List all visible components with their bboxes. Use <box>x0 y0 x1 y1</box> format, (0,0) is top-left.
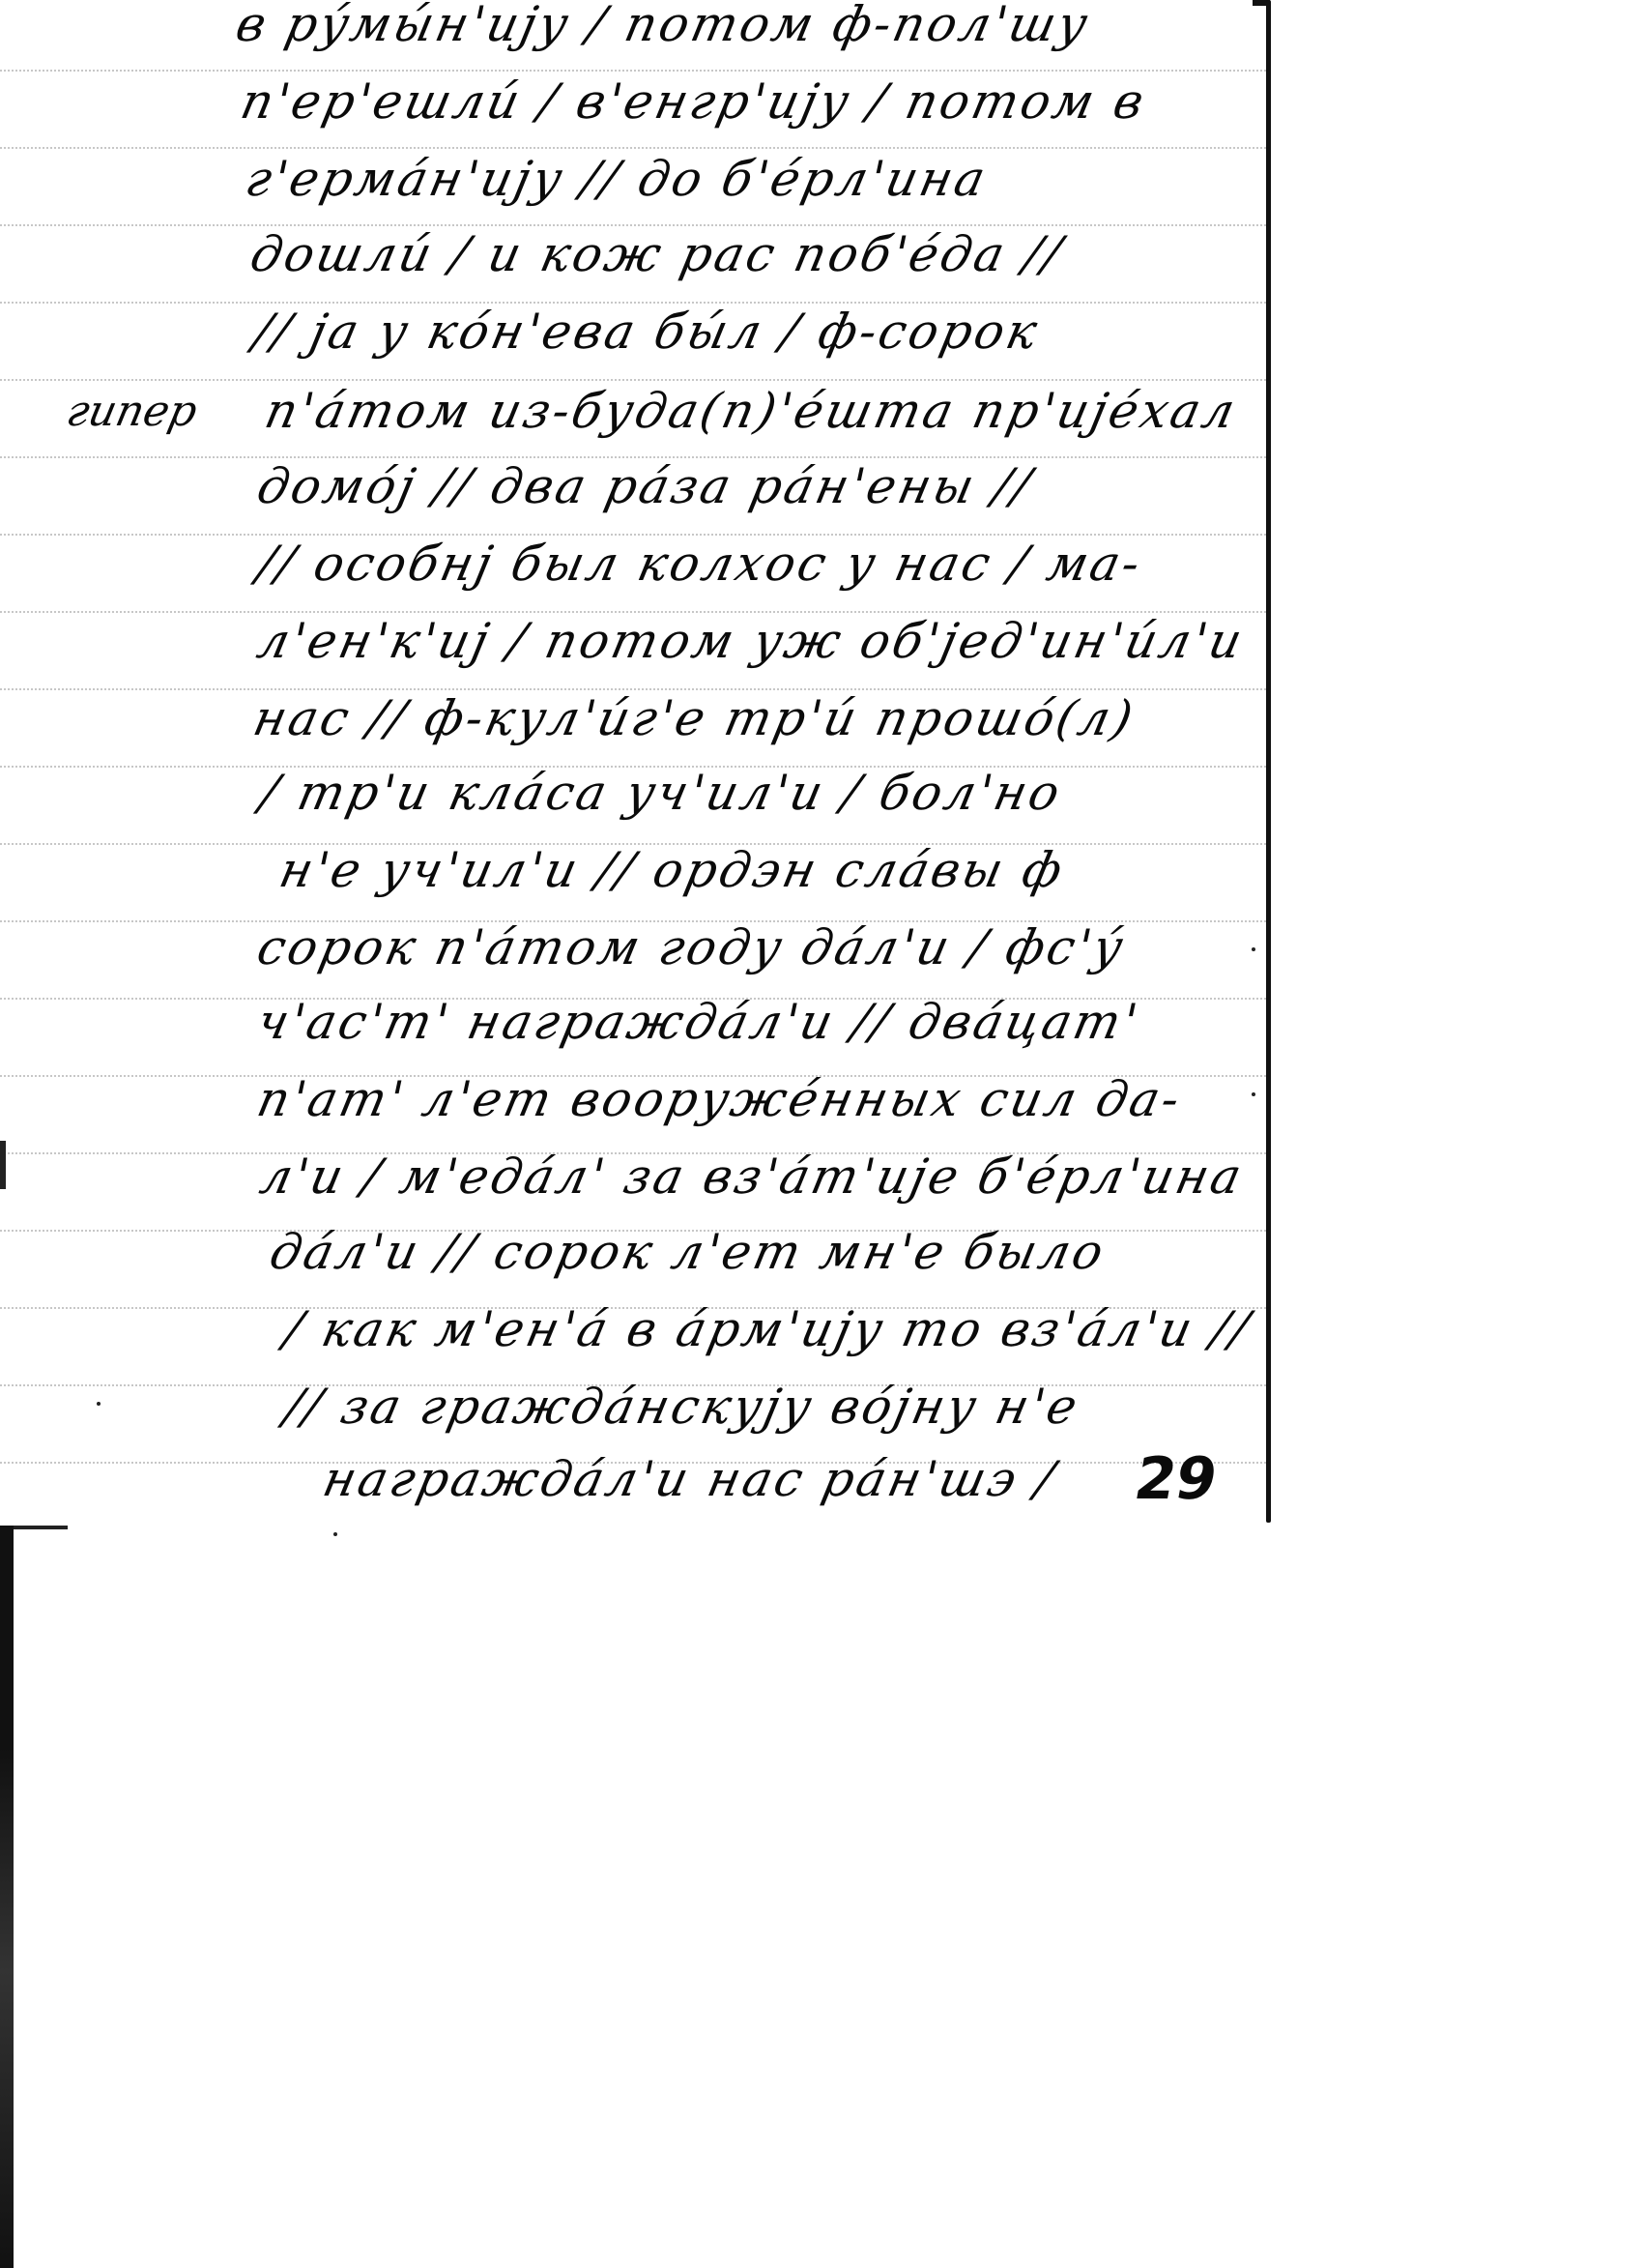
ruling-line <box>0 379 1266 381</box>
handwritten-line: нас // ф-кул'и́г'е тр'и́ прошо́(л) <box>249 694 1139 742</box>
ruling-line <box>0 70 1266 72</box>
handwritten-line: н'е уч'ил'и // ордэн сла́вы ф <box>275 846 1069 894</box>
handwritten-line: ч'ас'т' награжда́л'и // два́цат' <box>253 998 1144 1046</box>
handwritten-line: / тр'и кла́са уч'ил'и / бол'но <box>256 769 1067 817</box>
handwritten-line: дошли́ / и кож рас поб'е́да // <box>246 230 1068 278</box>
margin-note: гипер <box>63 387 202 436</box>
handwritten-line: // jа у ко́н'ева бы́л / ф-сорок <box>249 307 1044 356</box>
scanned-notebook-page: гипер в ру́мы́н'иjу / потом ф-пол'шу п'е… <box>0 0 1643 2268</box>
handwritten-line: г'ерма́н'иjу // до б'е́рл'ина <box>242 155 992 203</box>
handwritten-line: / как м'ен'а́ в а́рм'иjу то вз'а́л'и // <box>280 1305 1255 1353</box>
handwritten-line: п'ат' л'ет вооруже́нных сил да- <box>253 1075 1187 1123</box>
page-number: 29 <box>1130 1445 1223 1513</box>
handwritten-line: п'ер'ешли́ / в'енгр'иjу / потом в <box>237 77 1151 126</box>
scan-speck <box>1252 947 1255 951</box>
ruling-line <box>0 147 1266 149</box>
scan-speck <box>333 1532 337 1536</box>
scan-artifact <box>0 1526 14 2268</box>
handwritten-line: // за гражда́нскуjу во́jну н'е <box>280 1382 1084 1431</box>
handwritten-line: л'и / м'еда́л' за вз'а́т'иjе б'е́рл'ина <box>256 1152 1248 1201</box>
handwritten-line: в ру́мы́н'иjу / потом ф-пол'шу <box>232 0 1094 48</box>
handwritten-line: л'ен'к'иj / потом уж об'jед'ин'и́л'и <box>253 617 1249 665</box>
scan-artifact <box>0 1141 6 1189</box>
scan-speck <box>97 1402 101 1406</box>
scan-speck <box>1252 1092 1255 1096</box>
handwritten-line: домо́j // два ра́за ра́н'ены // <box>253 462 1038 510</box>
handwritten-line: п'а́том из-буда(п)'е́шта пр'иjе́хал <box>261 387 1242 435</box>
handwritten-line: сорок п'а́том году да́л'и / фс'у́ <box>253 923 1130 972</box>
handwritten-line: // особнj был колхос у нас / ма- <box>253 539 1147 588</box>
handwritten-line: награжда́л'и нас ра́н'шэ / <box>319 1455 1061 1503</box>
handwritten-line: да́л'и // сорок л'ет мн'е было <box>266 1228 1110 1276</box>
page-right-border <box>1266 0 1271 1523</box>
